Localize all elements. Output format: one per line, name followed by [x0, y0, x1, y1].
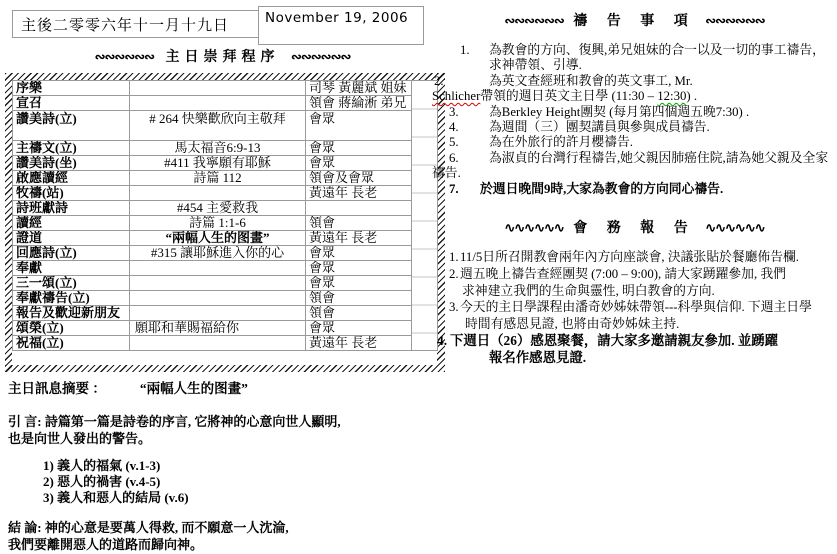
announcement-item-2-wrap: 求神建立我們的生命與靈性, 明白教會的方向.	[432, 283, 837, 300]
table-border-hatch-left	[5, 73, 12, 372]
program-leader-cell: 會眾	[306, 276, 412, 291]
item-number: 5.	[449, 135, 459, 150]
program-leader-cell: 會眾	[306, 246, 412, 261]
outline-point: 1) 義人的福氣 (v.1-3)	[43, 458, 440, 474]
item-text: 求神建立我們的生命與靈性, 明白教會的方向.	[462, 283, 715, 300]
program-item-cell: 宣召	[13, 96, 130, 111]
table-row: 頌榮(立) 願耶和華賜福給你 會眾	[13, 321, 438, 336]
right-column: ∾∾∾∾∾∾ 禱 告 事 項 ∾∾∾∾∾∾ 1. 為教會的方向、復興,弟兄姐妹的…	[432, 0, 837, 367]
prayer-item-5: 5. 為在外旅行的許月櫻禱告.	[432, 135, 837, 150]
date-english: November 19, 2006	[258, 6, 424, 45]
program-leader-cell: 領會及會眾	[306, 171, 412, 186]
item-text: Schlicher	[432, 89, 480, 103]
item-text: 12:30	[657, 89, 686, 103]
summary-intro-line2: 也是向世人發出的警告。	[8, 431, 151, 446]
ornament-left-icon: ∾∾∾∾∾∾	[95, 49, 154, 64]
table-row: 讚美詩(坐) #411 我寧願有耶穌 會眾	[13, 156, 438, 171]
prayer-items: 1. 為教會的方向、復興,弟兄姐妹的合一以及一切的事工禱告， 求神帶領、引導. …	[432, 43, 837, 197]
prayer-item-1-wrap: 求神帶領、引導.	[432, 58, 837, 73]
program-leader-cell: 司琴 黃麗斌 姐妹	[306, 81, 412, 96]
item-number: 4.	[437, 333, 447, 350]
item-number: 1.	[460, 43, 470, 58]
table-row: 回應詩(立) #315 讓耶穌進入你的心 會眾	[13, 246, 438, 261]
table-row: 詩班獻詩 #454 主愛救我	[13, 201, 438, 216]
item-number: 2.	[434, 74, 444, 89]
program-leader-cell: 領會	[306, 291, 412, 306]
table-row: 報告及歡迎新朋友 領會	[13, 306, 438, 321]
program-content-cell: #454 主愛救我	[130, 201, 306, 216]
ornament-left-icon: ∿∿∿∿∿∿	[504, 220, 563, 235]
item-text: 禱告.	[432, 166, 461, 180]
table-row: 祝福(立) 黃遠年 長老	[13, 336, 438, 351]
item-number: 3.	[449, 105, 459, 120]
announcement-item-4-wrap: 報名作感恩見證.	[432, 350, 837, 367]
item-text: 時間有感恩見證, 也將由奇妙姊妹主持.	[465, 316, 679, 333]
summary-conclusion-line1: 結 論: 神的心意是要萬人得救, 而不願意一人沈淪,	[8, 520, 289, 535]
program-item-cell: 讀經	[13, 216, 130, 231]
program-content-cell	[130, 261, 306, 276]
table-row: 主禱文(立) 馬太福音6:9-13 會眾	[13, 141, 438, 156]
ornament-right-icon: ∾∾∾∾∾∾	[291, 49, 350, 64]
item-text: 於週日晚間9時,大家為教會的方向同心禱告.	[480, 182, 723, 197]
ornament-right-icon: ∿∿∿∿∿∿	[705, 220, 764, 235]
announcements-title-text: 會 務 報 告	[573, 221, 696, 236]
program-content-cell: 詩篇 1:1-6	[130, 216, 306, 231]
ornament-right-icon: ∾∾∾∾∾∾	[705, 13, 764, 28]
prayer-item-6-wrap: 禱告.	[432, 166, 837, 181]
program-leader-cell: 會眾	[306, 141, 412, 156]
table-border-hatch-top	[5, 73, 445, 80]
table-row: 奉獻 會眾	[13, 261, 438, 276]
table-row: 序樂 司琴 黃麗斌 姐妹	[13, 81, 438, 96]
outline-point: 2) 惡人的禍害 (v.4-5)	[43, 474, 440, 490]
program-leader-cell: 領會	[306, 216, 412, 231]
announcement-items: 1. 11/5日所召開教會兩年內方向座談會, 決議张貼於餐廳佈告欄. 2. 週五…	[432, 249, 837, 367]
program-item-cell: 三一頌(立)	[13, 276, 130, 291]
program-content-cell	[130, 291, 306, 306]
item-text: 11/5日所召開教會兩年內方向座談會, 決議张貼於餐廳佈告欄.	[460, 249, 799, 266]
table-row: 奉獻禱告(立) 領會	[13, 291, 438, 306]
program-item-cell: 奉獻禱告(立)	[13, 291, 130, 306]
program-item-cell: 祝福(立)	[13, 336, 130, 351]
worship-title-text: 主日崇拜程序	[166, 50, 280, 65]
program-leader-cell	[306, 201, 412, 216]
sermon-title: “兩幅人生的图畫”	[140, 381, 248, 396]
item-text: 為淑貞的台灣行程禱告,她父親因肺癌住院,請為她父親及全家	[489, 151, 828, 166]
prayer-item-4: 4. 為週間（三）團契講員與參與成員禱告.	[432, 120, 837, 135]
program-item-cell: 奉獻	[13, 261, 130, 276]
table-row: 牧禱(站) 黃遠年 長老	[13, 186, 438, 201]
program-leader-cell: 黃遠年 長老	[306, 231, 412, 246]
item-number: 7.	[449, 182, 459, 197]
program-item-cell: 報告及歡迎新朋友	[13, 306, 130, 321]
program-item-cell: 啟應讀經	[13, 171, 130, 186]
table-border-hatch-bottom	[5, 365, 445, 372]
item-text: 週五晚上禱告查經團契 (7:00 – 9:00), 請大家踴躍參加, 我們	[460, 266, 786, 283]
program-leader-cell: 黃遠年 長老	[306, 186, 412, 201]
item-text: ) .	[686, 89, 697, 103]
date-chinese: 主後二零零六年十一月十九日	[12, 10, 259, 38]
program-content-cell: #315 讓耶穌進入你的心	[130, 246, 306, 261]
item-text: 為Berkley Height團契 (每月第四個週五晚7:30) .	[489, 105, 749, 120]
summary-heading: 主日訊息摘要 ：“兩幅人生的图畫”	[8, 380, 440, 397]
prayer-item-3: 3. 為Berkley Height團契 (每月第四個週五晚7:30) .	[432, 105, 837, 120]
summary-intro: 引 言: 詩篇第一篇是詩卷的序言, 它將神的心意向世人顯明, 也是向世人發出的警…	[8, 413, 440, 447]
table-row: 證道 “兩幅人生的图畫” 黃遠年 長老	[13, 231, 438, 246]
announcements-section-title: ∿∿∿∿∿∿ 會 務 報 告 ∿∿∿∿∿∿	[432, 217, 837, 237]
item-text: 今天的主日學課程由潘奇妙姊妹帶領---科學與信仰. 下週主日學	[460, 299, 812, 316]
item-text: 為在外旅行的許月櫻禱告.	[489, 135, 633, 150]
announcement-item-4: 4. 下週日（26）感恩聚餐，請大家多邀請親友參加. 並踴躍	[432, 333, 837, 350]
worship-program-table: 序樂 司琴 黃麗斌 姐妹 宣召 領會 蔣綸淅 弟兄 讚美詩(立) # 264 快…	[12, 80, 438, 351]
program-content-cell: 馬太福音6:9-13	[130, 141, 306, 156]
sermon-summary: 主日訊息摘要 ：“兩幅人生的图畫” 引 言: 詩篇第一篇是詩卷的序言, 它將神的…	[8, 380, 440, 553]
item-number: 2.	[449, 266, 459, 283]
program-content-cell	[130, 96, 306, 111]
program-leader-cell: 會眾	[306, 111, 412, 141]
item-text: 求神帶領、引導.	[489, 58, 582, 73]
program-content-cell	[130, 81, 306, 96]
item-text: 帶領的週日英文主日學 (11:30 –	[480, 89, 657, 103]
item-number: 3.	[449, 299, 459, 316]
program-item-cell: 主禱文(立)	[13, 141, 130, 156]
prayer-item-2-wrap: Schlicher帶領的週日英文主日學 (11:30 – 12:30) .	[432, 89, 837, 104]
program-content-cell	[130, 186, 306, 201]
program-content-cell: # 264 快樂歡欣向主敬拜	[130, 111, 306, 141]
worship-program-table-wrap: 序樂 司琴 黃麗斌 姐妹 宣召 領會 蔣綸淅 弟兄 讚美詩(立) # 264 快…	[5, 73, 445, 372]
ornament-left-icon: ∾∾∾∾∾∾	[504, 13, 563, 28]
summary-intro-line1: 引 言: 詩篇第一篇是詩卷的序言, 它將神的心意向世人顯明,	[8, 414, 341, 429]
outline-point: 3) 義人和惡人的結局 (v.6)	[43, 490, 440, 506]
program-item-cell: 證道	[13, 231, 130, 246]
item-text: 為英文查經班和教會的英文事工, Mr.	[489, 74, 693, 89]
prayer-item-1: 1. 為教會的方向、復興,弟兄姐妹的合一以及一切的事工禱告，	[432, 43, 837, 58]
table-row: 三一頌(立) 會眾	[13, 276, 438, 291]
announcement-item-3: 3. 今天的主日學課程由潘奇妙姊妹帶領---科學與信仰. 下週主日學	[432, 299, 837, 316]
program-content-cell: 願耶和華賜福給你	[130, 321, 306, 336]
item-number: 4.	[449, 120, 459, 135]
item-number: 6.	[449, 151, 459, 166]
program-content-cell: #411 我寧願有耶穌	[130, 156, 306, 171]
program-leader-cell: 會眾	[306, 156, 412, 171]
program-content-cell: “兩幅人生的图畫”	[130, 231, 306, 246]
item-text: 報名作感恩見證.	[489, 350, 586, 367]
program-item-cell: 序樂	[13, 81, 130, 96]
program-leader-cell: 會眾	[306, 321, 412, 336]
item-text: 下週日（26）感恩聚餐，請大家多邀請親友參加. 並踴躍	[450, 333, 778, 350]
summary-heading-label: 主日訊息摘要 ：	[8, 381, 106, 396]
announcement-item-3-wrap: 時間有感恩見證, 也將由奇妙姊妹主持.	[432, 316, 837, 333]
prayer-item-2: 2. 為英文查經班和教會的英文事工, Mr.	[432, 74, 837, 89]
program-item-cell: 回應詩(立)	[13, 246, 130, 261]
table-row: 讀經 詩篇 1:1-6 領會	[13, 216, 438, 231]
program-leader-cell: 黃遠年 長老	[306, 336, 412, 351]
program-content-cell	[130, 276, 306, 291]
announcement-item-1: 1. 11/5日所召開教會兩年內方向座談會, 決議张貼於餐廳佈告欄.	[432, 249, 837, 266]
table-row: 宣召 領會 蔣綸淅 弟兄	[13, 96, 438, 111]
item-text: 為週間（三）團契講員與參與成員禱告.	[489, 120, 710, 135]
program-leader-cell: 領會 蔣綸淅 弟兄	[306, 96, 412, 111]
date-table: 主後二零零六年十一月十九日 November 19, 2006	[12, 6, 424, 46]
summary-conclusion-line2: 我們要離開惡人的道路而歸向神。	[8, 537, 203, 552]
table-row: 讚美詩(立) # 264 快樂歡欣向主敬拜 會眾	[13, 111, 438, 141]
prayer-title-text: 禱 告 事 項	[573, 14, 696, 29]
program-content-cell	[130, 306, 306, 321]
prayer-item-7: 7. 於週日晚間9時,大家為教會的方向同心禱告.	[432, 182, 837, 197]
summary-conclusion: 結 論: 神的心意是要萬人得救, 而不願意一人沈淪, 我們要離開惡人的道路而歸向…	[8, 519, 440, 553]
program-content-cell: 詩篇 112	[130, 171, 306, 186]
program-item-cell: 讚美詩(坐)	[13, 156, 130, 171]
worship-section-title: ∾∾∾∾∾∾ 主日崇拜程序 ∾∾∾∾∾∾	[0, 46, 445, 66]
program-content-cell	[130, 336, 306, 351]
program-item-cell: 頌榮(立)	[13, 321, 130, 336]
table-row: 啟應讀經 詩篇 112 領會及會眾	[13, 171, 438, 186]
program-item-cell: 讚美詩(立)	[13, 111, 130, 141]
program-item-cell: 牧禱(站)	[13, 186, 130, 201]
summary-outline: 1) 義人的福氣 (v.1-3) 2) 惡人的禍害 (v.4-5) 3) 義人和…	[43, 458, 440, 506]
program-item-cell: 詩班獻詩	[13, 201, 130, 216]
prayer-item-6: 6. 為淑貞的台灣行程禱告,她父親因肺癌住院,請為她父親及全家	[432, 151, 837, 166]
item-text: 為教會的方向、復興,弟兄姐妹的合一以及一切的事工禱告，	[489, 43, 825, 58]
prayer-section-title: ∾∾∾∾∾∾ 禱 告 事 項 ∾∾∾∾∾∾	[432, 10, 837, 30]
program-leader-cell: 領會	[306, 306, 412, 321]
announcement-item-2: 2. 週五晚上禱告查經團契 (7:00 – 9:00), 請大家踴躍參加, 我們	[432, 266, 837, 283]
item-number: 1.	[449, 249, 459, 266]
program-leader-cell: 會眾	[306, 261, 412, 276]
